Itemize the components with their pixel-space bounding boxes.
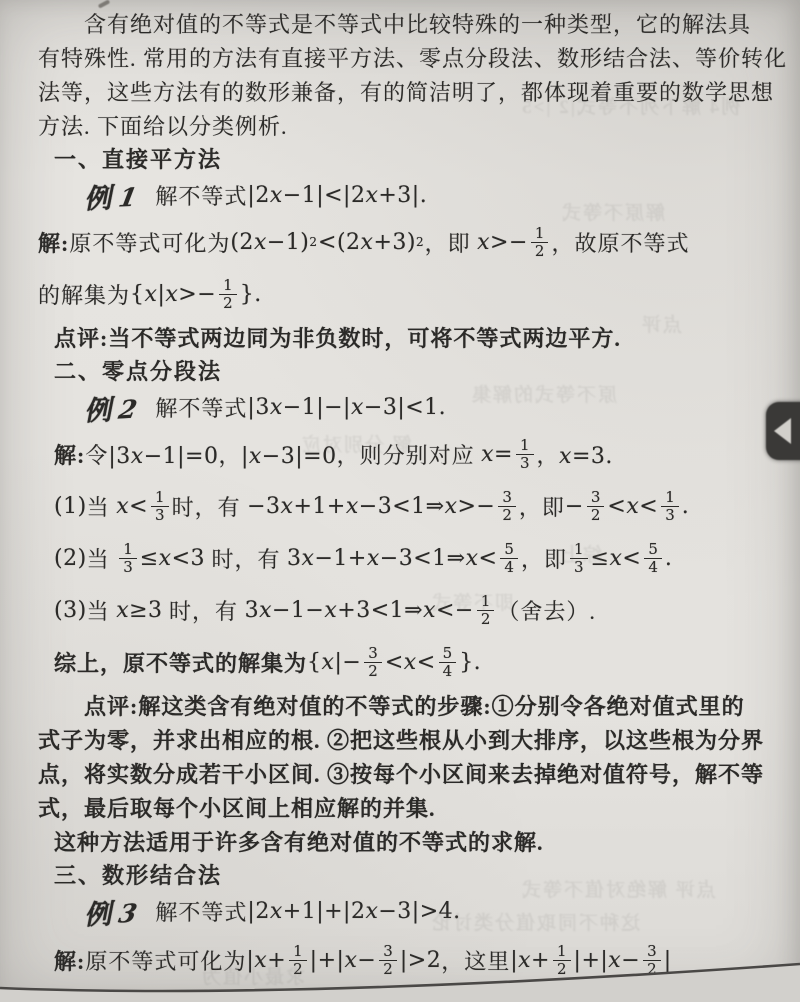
chinese-text: 有特殊性. 常用的方法有直接平方法、零点分段法、数形结合法、等价转化 <box>38 42 787 73</box>
chinese-text-bold: 综上，原不等式的解集为 <box>54 647 307 678</box>
fraction-numerator: 1 <box>531 225 549 243</box>
chinese-text: 三、数形结合法 <box>54 859 222 890</box>
math-text: ≤x<3 <box>140 546 205 571</box>
math-text: | <box>664 948 672 973</box>
fraction-denominator: 2 <box>219 295 237 312</box>
chinese-text-bold: 解: <box>54 439 85 470</box>
math-text: − <box>565 494 584 519</box>
math-text: (2) <box>54 546 87 571</box>
fraction-numerator: 5 <box>439 645 457 663</box>
fraction-denominator: 2 <box>379 961 397 978</box>
scan-artifact-clip <box>766 402 800 460</box>
chinese-text: 方法. 下面给以分类例析. <box>38 110 288 141</box>
fraction: 54 <box>439 645 457 680</box>
fraction-denominator: 3 <box>151 507 169 524</box>
fraction-denominator: 2 <box>531 243 549 260</box>
chinese-text: ，即 <box>519 491 565 522</box>
math-text: x≥3 <box>116 598 162 623</box>
text-line-11: 例2解不等式|3x−1|−|x−3|<1. <box>38 386 774 428</box>
fraction-numerator: 3 <box>364 645 382 663</box>
math-text: <x< <box>607 494 658 519</box>
example-marker: 例1 <box>83 174 138 216</box>
math-text: (3) <box>54 598 87 623</box>
text-line-1: 含有绝对值的不等式是不等式中比较特殊的一种类型，它的解法具 <box>38 6 774 40</box>
bleed-through-text-1: 例4 解下列不等式|2 |>5 <box>520 92 740 119</box>
bleed-through-text-8: 点评 解绝对值不等式 <box>520 875 716 902</box>
fraction-numerator: 5 <box>644 541 662 559</box>
chinese-text: 解不等式 <box>155 896 247 927</box>
text-line-20: 式，最后取每个小区间上相应解的并集. <box>38 790 774 824</box>
math-text: −3x+1+x−3<1⇒x>− <box>247 494 495 519</box>
text-line-24: 解:原不等式可化为|x+12|+|x−32|>2，这里|x+12|+|x−32| <box>38 932 774 988</box>
fraction: 32 <box>643 943 661 978</box>
fraction: 12 <box>553 943 571 978</box>
chinese-text-bold: 式，最后取每个小区间上相应解的并集. <box>38 792 436 823</box>
fraction: 13 <box>516 437 534 472</box>
math-text: }. <box>240 282 262 307</box>
math-text: (2x−1) <box>230 230 309 255</box>
fraction-numerator: 1 <box>119 541 137 559</box>
fraction-numerator: 1 <box>661 489 679 507</box>
bleed-through-text-4: 原不等式的解集 <box>470 380 617 407</box>
math-text: {x|− <box>307 650 361 675</box>
fraction-numerator: 1 <box>219 277 237 295</box>
bleed-through-text-2: 解原不等式 <box>560 198 665 225</box>
scanned-page: 含有绝对值的不等式是不等式中比较特殊的一种类型，它的解法具有特殊性. 常用的方法… <box>0 0 800 1002</box>
math-text: |2x+1|+|2x−3|>4. <box>247 899 460 924</box>
math-text: x>− <box>477 230 528 255</box>
math-text: x< <box>116 494 148 519</box>
chinese-text-bold: 解: <box>38 227 69 258</box>
chinese-text: 含有绝对值的不等式是不等式中比较特殊的一种类型，它的解法具 <box>84 8 751 39</box>
chinese-text: 时，有 <box>163 595 245 626</box>
chinese-text: 当 <box>87 543 117 574</box>
text-line-2: 有特殊性. 常用的方法有直接平方法、零点分段法、数形结合法、等价转化 <box>38 40 774 74</box>
fraction-denominator: 3 <box>516 455 534 472</box>
text-line-19: 点，将实数分成若干小区间. ③按每个小区间来去掉绝对值符号，解不等 <box>38 756 774 790</box>
text-line-18: 式子为零，并求出相应的根. ②把这些根从小到大排序，以这些根为分界 <box>38 722 774 756</box>
chinese-text: 原不等式可化为 <box>69 227 230 258</box>
text-line-5: 一、直接平方法 <box>38 142 774 174</box>
text-line-15: (3)当 x≥3 时，有 3x−1−x+3<1⇒x<−12（舍去）. <box>38 584 774 636</box>
bleed-through-text-6: 综上 <box>560 540 602 567</box>
chinese-text-bold: 式子为零，并求出相应的根. ②把这些根从小到大排序，以这些根为分界 <box>38 724 764 755</box>
fraction: 12 <box>531 225 549 260</box>
math-text: . <box>665 546 673 571</box>
fraction-denominator: 2 <box>364 663 382 680</box>
chinese-text: 当 <box>87 491 117 522</box>
chinese-text-bold: 解: <box>54 945 85 976</box>
math-text: |2x−1|<|2x+3|. <box>247 183 427 208</box>
fraction: 12 <box>219 277 237 312</box>
fraction: 32 <box>498 489 516 524</box>
fraction-denominator: 2 <box>553 961 571 978</box>
text-line-13: (1)当 x<13时，有 −3x+1+x−3<1⇒x>−32，即−32<x<13… <box>38 480 774 532</box>
chinese-text-bold: 点评:解这类含有绝对值的不等式的步骤:①分别令各绝对值式里的 <box>84 690 745 721</box>
example-number: 3 <box>116 898 140 928</box>
math-text: <x< <box>385 650 436 675</box>
math-text: 3x−1+x−3<1⇒x< <box>287 546 497 571</box>
text-line-16: 综上，原不等式的解集为{x|−32<x<54}. <box>38 636 774 688</box>
text-line-17: 点评:解这类含有绝对值的不等式的步骤:①分别令各绝对值式里的 <box>38 688 774 722</box>
math-text: {x|x>− <box>130 282 216 307</box>
math-text: x= <box>481 442 513 467</box>
fraction-denominator: 2 <box>643 961 661 978</box>
example-number: 1 <box>116 182 140 212</box>
math-text: ，x=3. <box>537 439 613 470</box>
chinese-text: ，即 <box>425 227 478 258</box>
chinese-text-bold: 点评:当不等式两边同为非负数时，可将不等式两边平方. <box>54 322 621 353</box>
example-label: 例 <box>83 892 112 932</box>
fraction-numerator: 3 <box>643 943 661 961</box>
example-marker: 例2 <box>83 386 138 428</box>
fraction-denominator: 3 <box>661 507 679 524</box>
chinese-text: 当 <box>87 595 117 626</box>
chinese-text: 解不等式 <box>155 180 247 211</box>
bleed-through-text-9: 这种不同取值分类讨论 <box>430 908 640 935</box>
example-label: 例 <box>83 176 112 216</box>
fraction-denominator: 4 <box>500 559 518 576</box>
fraction-numerator: 1 <box>553 943 571 961</box>
chinese-text: 令 <box>85 439 108 470</box>
fraction-numerator: 3 <box>379 943 397 961</box>
bleed-through-text-10: 求最小值为 <box>200 962 305 989</box>
fraction: 13 <box>661 489 679 524</box>
math-text: }. <box>459 650 481 675</box>
chinese-text: 时，有 <box>172 491 248 522</box>
math-text: |x+ <box>510 948 550 973</box>
fraction-numerator: 1 <box>289 943 307 961</box>
bleed-through-text-7: 即不等式 <box>430 588 514 615</box>
chinese-text-bold: 这种方法适用于许多含有绝对值的不等式的求解. <box>54 826 544 857</box>
example-marker: 例3 <box>83 890 138 932</box>
fraction-numerator: 1 <box>151 489 169 507</box>
bleed-through-text-5: 解 分别对应 <box>300 430 412 457</box>
chinese-text: 一、直接平方法 <box>54 143 222 174</box>
fraction-denominator: 4 <box>439 663 457 680</box>
fraction-numerator: 3 <box>498 489 516 507</box>
fraction-denominator: 2 <box>587 507 605 524</box>
text-line-10: 二、零点分段法 <box>38 354 774 386</box>
fraction: 54 <box>644 541 662 576</box>
chinese-text: ，这里 <box>441 945 510 976</box>
text-line-14: (2)当 13≤x<3 时，有 3x−1+x−3<1⇒x<54，即13≤x<54… <box>38 532 774 584</box>
math-text: |3x−1|−|x−3|<1. <box>247 395 446 420</box>
example-label: 例 <box>83 388 112 428</box>
chinese-text-bold: 点，将实数分成若干小区间. ③按每个小区间来去掉绝对值符号，解不等 <box>38 758 764 789</box>
fraction: 54 <box>500 541 518 576</box>
fraction: 32 <box>364 645 382 680</box>
fraction-denominator: 4 <box>644 559 662 576</box>
fraction: 13 <box>151 489 169 524</box>
math-text: |+|x− <box>574 948 641 973</box>
chinese-text: 时，有 <box>205 543 287 574</box>
chinese-text: 的解集为 <box>38 279 130 310</box>
fraction-denominator: 3 <box>119 559 137 576</box>
fraction: 13 <box>119 541 137 576</box>
chinese-text: 二、零点分段法 <box>54 355 222 386</box>
chinese-text: ，故原不等式 <box>551 227 689 258</box>
math-text: (1) <box>54 494 87 519</box>
math-text: . <box>682 494 690 519</box>
fraction-numerator: 1 <box>516 437 534 455</box>
chinese-text: 解不等式 <box>155 392 247 423</box>
example-number: 2 <box>116 394 140 424</box>
fraction-numerator: 5 <box>500 541 518 559</box>
fraction: 32 <box>587 489 605 524</box>
clip-triangle-icon <box>774 418 791 444</box>
bleed-through-text-3: 点评 <box>640 310 682 337</box>
math-text: |+|x− <box>310 948 377 973</box>
math-text: |>2 <box>400 948 441 973</box>
fraction-denominator: 2 <box>498 507 516 524</box>
page-content: 含有绝对值的不等式是不等式中比较特殊的一种类型，它的解法具有特殊性. 常用的方法… <box>0 0 800 988</box>
fraction-numerator: 3 <box>587 489 605 507</box>
text-line-21: 这种方法适用于许多含有绝对值的不等式的求解. <box>38 824 774 858</box>
math-text: <(2x+3) <box>318 230 416 255</box>
fraction: 32 <box>379 943 397 978</box>
